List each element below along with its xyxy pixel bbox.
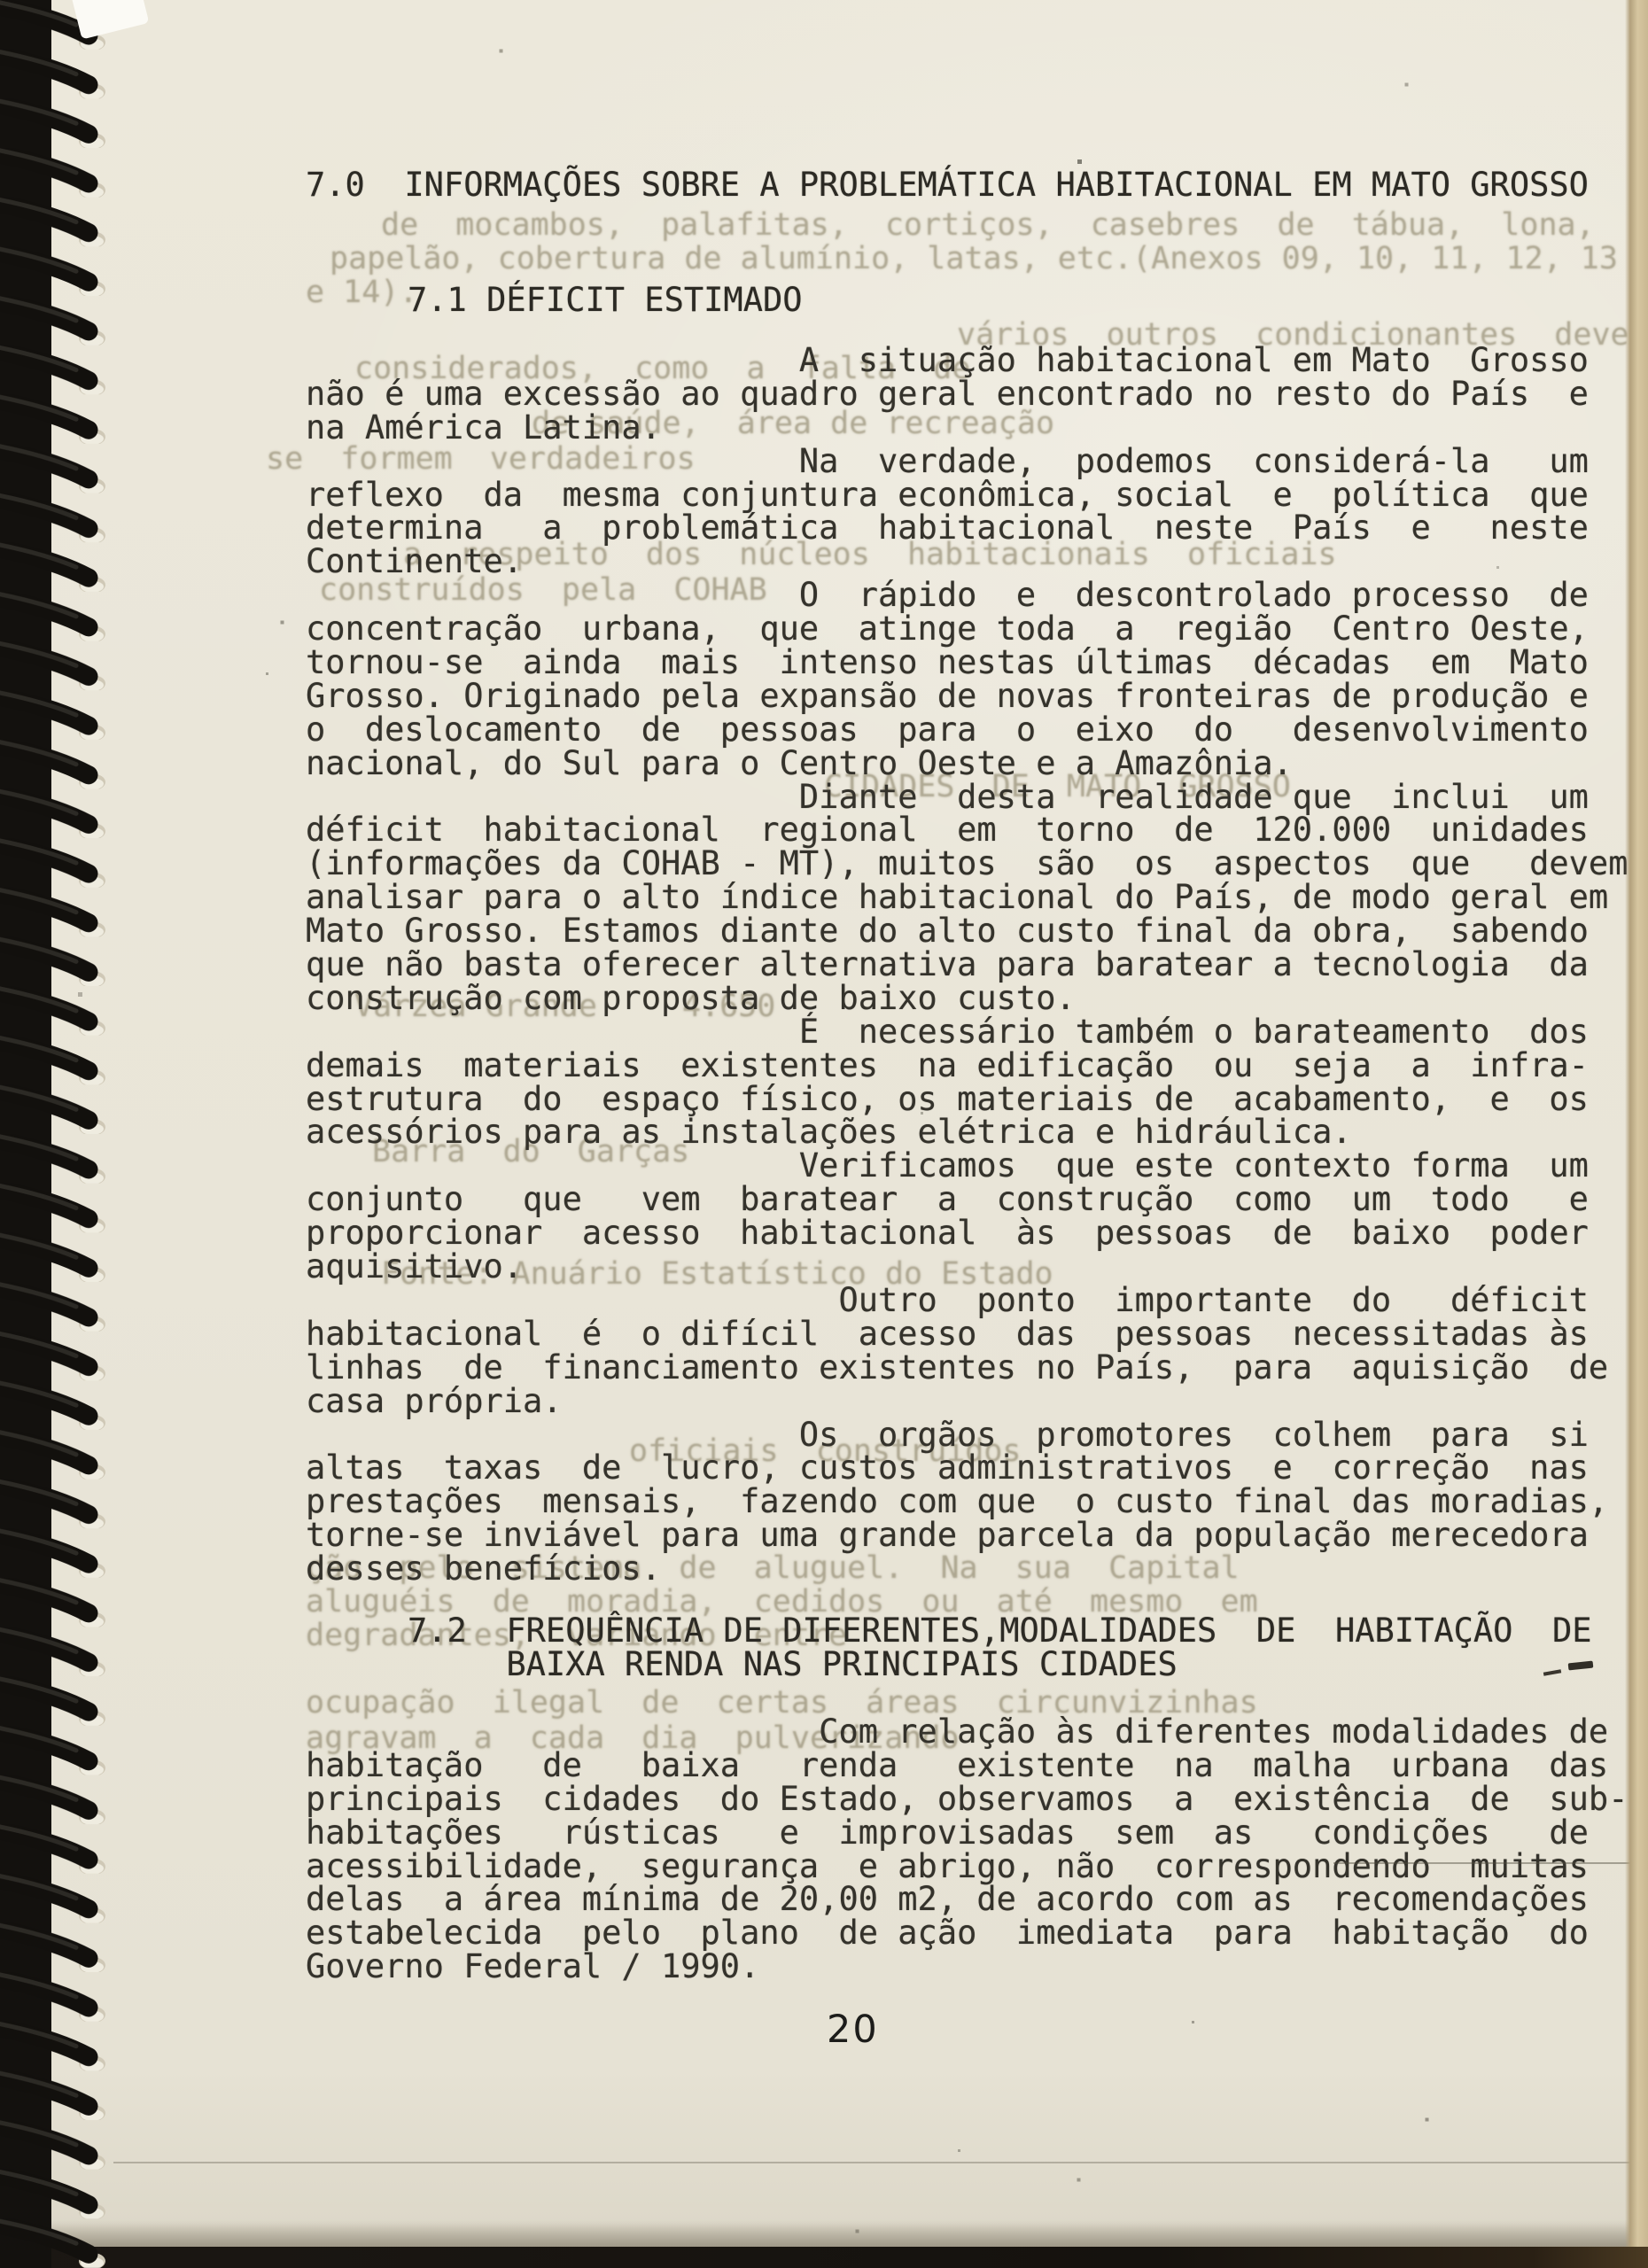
text-line: na América Latina. — [306, 411, 1648, 445]
bleed-through-line: de mocambos, palafitas, cortiços, casebr… — [381, 209, 1595, 242]
text-line: linhas de financiamento existentes no Pa… — [306, 1351, 1648, 1385]
page-right-edge — [1625, 0, 1648, 2247]
text-line: A situação habitacional em Mato Grosso — [306, 344, 1648, 377]
text-line: Continente. — [306, 545, 1648, 579]
text-line: não é uma excessão ao quadro geral encon… — [306, 377, 1648, 411]
text-line: concentração urbana, que atinge toda a r… — [306, 612, 1648, 646]
text-line: proporcionar acesso habitacional às pess… — [306, 1216, 1648, 1250]
section-7-1-body: A situação habitacional em Mato Grossonã… — [306, 344, 1648, 1586]
text-line: habitações rústicas e improvisadas sem a… — [306, 1816, 1628, 1850]
text-line: casa própria. — [306, 1385, 1648, 1418]
text-line: Com relação às diferentes modalidades de — [306, 1715, 1628, 1749]
text-line: É necessário também o barateamento dos — [306, 1015, 1648, 1049]
text-line: habitação de baixa renda existente na ma… — [306, 1749, 1628, 1783]
text-line: determina a problemática habitacional ne… — [306, 511, 1648, 545]
text-line: Mato Grosso. Estamos diante do alto cust… — [306, 914, 1648, 948]
text-line: construção com proposta de baixo custo. — [306, 982, 1648, 1015]
text-line: torne-se inviável para uma grande parcel… — [306, 1518, 1648, 1552]
bleed-through-line: e 14). — [306, 276, 417, 309]
text-line: Os orgãos promotores colhem para si — [306, 1418, 1648, 1452]
spiral-binding-icon — [0, 0, 133, 2268]
section-7-1-heading: 7.1 DÉFICIT ESTIMADO — [408, 283, 803, 317]
scan-scratch — [1333, 1862, 1648, 1864]
scan-scratch — [113, 2162, 1648, 2163]
text-line: acessibilidade, segurança e abrigo, não … — [306, 1850, 1628, 1884]
text-line: o deslocamento de pessoas para o eixo do… — [306, 713, 1648, 747]
text-line: prestações mensais, fazendo com que o cu… — [306, 1485, 1648, 1518]
text-line: déficit habitacional regional em torno d… — [306, 813, 1648, 847]
text-line: habitacional é o difícil acesso das pess… — [306, 1317, 1648, 1351]
text-line: delas a área mínima de 20,00 m2, de acor… — [306, 1883, 1628, 1916]
section-7-2-body: Com relação às diferentes modalidades de… — [306, 1715, 1628, 1984]
text-line: acessórios para as instalações elétrica … — [306, 1115, 1648, 1149]
text-line: altas taxas de lucro, custos administrat… — [306, 1451, 1648, 1485]
text-line: Outro ponto importante do déficit — [306, 1284, 1648, 1317]
text-line: Grosso. Originado pela expansão de novas… — [306, 680, 1648, 713]
text-line: principais cidades do Estado, observamos… — [306, 1783, 1628, 1816]
text-line: nacional, do Sul para o Centro Oeste e a… — [306, 747, 1648, 781]
text-line: Governo Federal / 1990. — [306, 1950, 1628, 1984]
page-bottom-shadow — [0, 2220, 1648, 2247]
scan-background-bottom — [0, 2247, 1648, 2268]
text-line: analisar para o alto índice habitacional… — [306, 881, 1648, 914]
page-number: 20 — [827, 2008, 879, 2052]
text-line: Verificamos que este contexto forma um — [306, 1149, 1648, 1183]
document-title: 7.0 INFORMAÇÕES SOBRE A PROBLEMÁTICA HAB… — [306, 168, 1589, 202]
section-7-2-heading-line1: 7.2 FREQUÊNCIA DE DIFERENTES,MODALIDADES… — [408, 1614, 1592, 1648]
text-line: reflexo da mesma conjuntura econômica, s… — [306, 478, 1648, 512]
text-line: Diante desta realidade que inclui um — [306, 781, 1648, 814]
text-line: estabelecida pelo plano de ação imediata… — [306, 1916, 1628, 1950]
text-line: aquisitivo. — [306, 1250, 1648, 1284]
text-line: desses benefícios. — [306, 1552, 1648, 1586]
text-line: conjunto que vem baratear a construção c… — [306, 1183, 1648, 1216]
text-line: O rápido e descontrolado processo de — [306, 579, 1648, 612]
text-line: estrutura do espaço físico, os materiais… — [306, 1083, 1648, 1116]
text-line: que não basta oferecer alternativa para … — [306, 948, 1648, 982]
bleed-through-line: papelão, cobertura de alumínio, latas, e… — [330, 243, 1618, 276]
text-line: demais materiais existentes na edificaçã… — [306, 1049, 1648, 1083]
text-line: tornou-se ainda mais intenso nestas últi… — [306, 646, 1648, 680]
scanned-page: de mocambos, palafitas, cortiços, casebr… — [0, 0, 1648, 2268]
text-line: Na verdade, podemos considerá-la um — [306, 445, 1648, 478]
section-7-2-heading-line2: BAIXA RENDA NAS PRINCIPAIS CIDADES — [408, 1648, 1178, 1682]
text-line: (informações da COHAB - MT), muitos são … — [306, 847, 1648, 881]
